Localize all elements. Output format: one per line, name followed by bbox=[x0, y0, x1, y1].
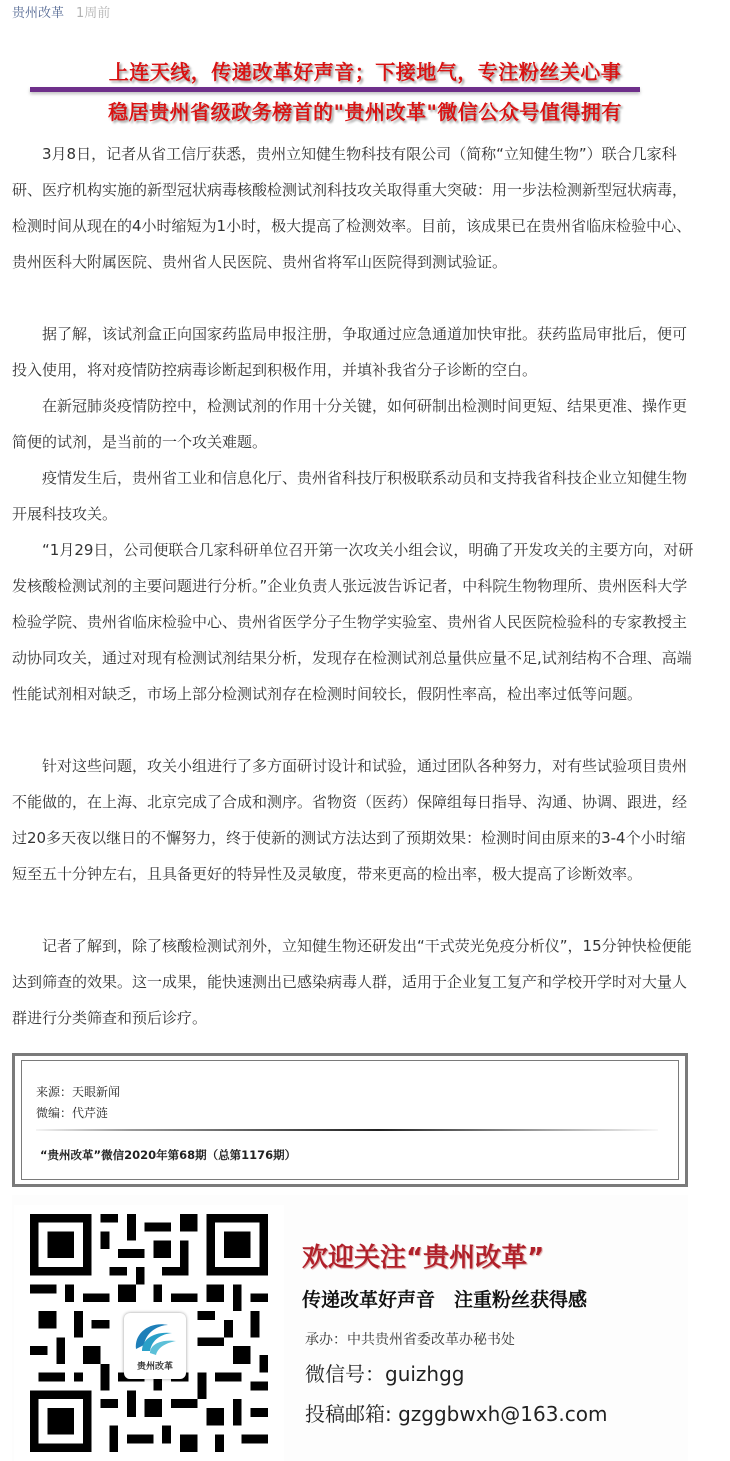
paragraph: 据了解，该试剂盒正向国家药监局申报注册，争取通过应急通道加快审批。获药监局审批后… bbox=[12, 316, 696, 388]
welcome-heading: 欢迎关注“贵州改革” bbox=[302, 1237, 544, 1274]
account-name-link[interactable]: 贵州改革 bbox=[12, 2, 64, 21]
qr-code[interactable]: 贵州改革 bbox=[14, 1205, 284, 1461]
slogan: 传递改革好声音 注重粉丝获得感 bbox=[302, 1285, 587, 1312]
banner-line-2: 稳居贵州省级政务榜首的"贵州改革"微信公众号值得拥有 bbox=[30, 96, 700, 125]
paragraph: 疫情发生后，贵州省工业和信息化厅、贵州省科技厅积极联系动员和支持我省科技企业立知… bbox=[12, 460, 696, 532]
submission-email: 投稿邮箱: gzggbwxh@163.com bbox=[305, 1398, 608, 1427]
paragraph: “1月29日，公司便联合几家科研单位召开第一次攻关小组会议，明确了开发攻关的主要… bbox=[12, 532, 696, 712]
swirl-logo-icon bbox=[132, 1319, 178, 1357]
wechat-id: 微信号：guizhgg bbox=[305, 1358, 465, 1387]
header-banner: 上连天线，传递改革好声音；下接地气，专注粉丝关心事 稳居贵州省级政务榜首的"贵州… bbox=[30, 52, 700, 132]
paragraph: 针对这些问题，攻关小组进行了多方面研讨设计和试验，通过团队各种努力，对有些试验项… bbox=[12, 748, 696, 892]
editor-label: 微编：代芹涟 bbox=[36, 1104, 108, 1121]
follow-promo: 贵州改革 欢迎关注“贵州改革” 传递改革好声音 注重粉丝获得感 承办：中共贵州省… bbox=[12, 1195, 688, 1461]
source-info-box: 来源：天眼新闻 微编：代芹涟 “贵州改革”微信2020年第68期（总第1176期… bbox=[12, 1053, 688, 1187]
paragraph: 在新冠肺炎疫情防控中，检测试剂的作用十分关键，如何研制出检测时间更短、结果更准、… bbox=[12, 388, 696, 460]
paragraph: 记者了解到，除了核酸检测试剂外，立知健生物还研发出“干式荧光免疫分析仪”，15分… bbox=[12, 928, 696, 1036]
info-box-inner-border: 来源：天眼新闻 微编：代芹涟 “贵州改革”微信2020年第68期（总第1176期… bbox=[21, 1060, 679, 1180]
logo-text: 贵州改革 bbox=[124, 1359, 186, 1372]
banner-line-1: 上连天线，传递改革好声音；下接地气，专注粉丝关心事 bbox=[30, 56, 700, 85]
article-meta: 贵州改革 1周前 bbox=[12, 0, 110, 22]
host-organization: 承办：中共贵州省委改革办秘书处 bbox=[305, 1329, 515, 1349]
banner-divider bbox=[30, 87, 640, 92]
brand-logo: 贵州改革 bbox=[124, 1313, 186, 1379]
publish-time: 1周前 bbox=[76, 2, 110, 21]
info-divider bbox=[36, 1129, 658, 1131]
issue-label: “贵州改革”微信2020年第68期（总第1176期） bbox=[40, 1147, 296, 1163]
source-label: 来源：天眼新闻 bbox=[36, 1083, 120, 1100]
paragraph: 3月8日，记者从省工信厅获悉，贵州立知健生物科技有限公司（简称“立知健生物”）联… bbox=[12, 136, 696, 280]
